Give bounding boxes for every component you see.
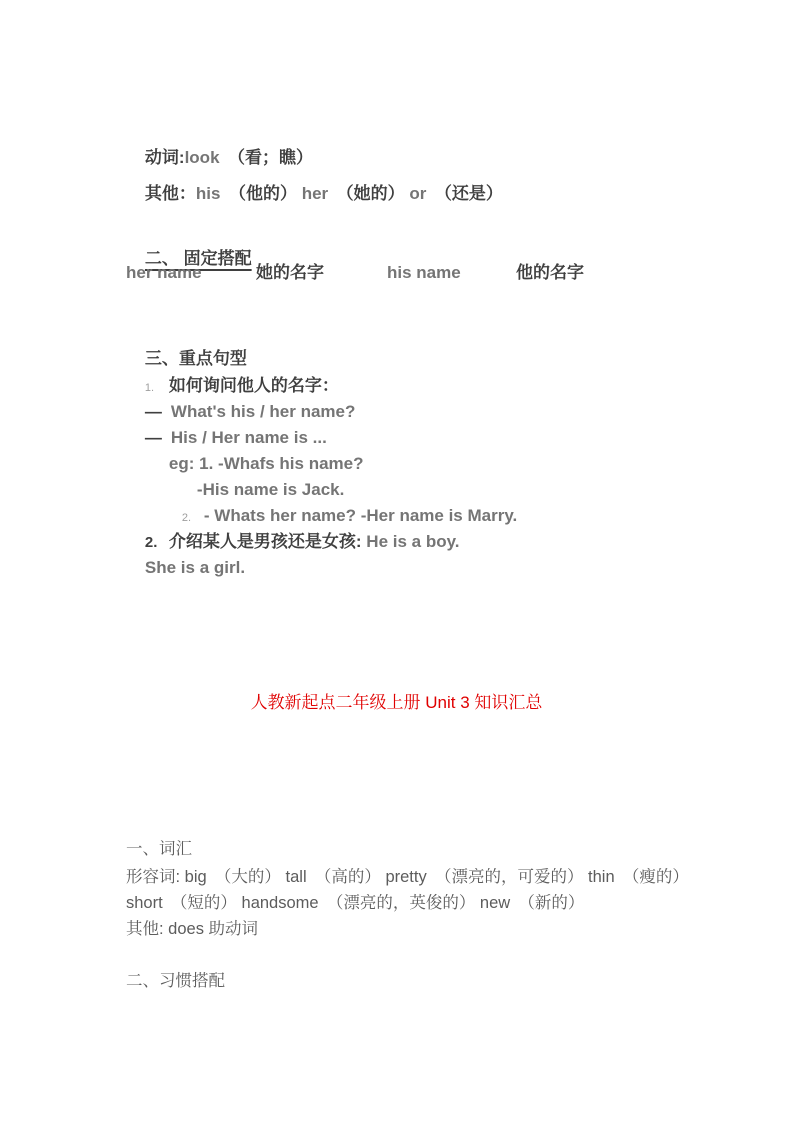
key-point-2-example: He is a boy. [362,532,460,551]
unit3-title: 人教新起点二年级上册 Unit 3 知识汇总 [0,688,793,713]
other-vocab-line: 其他：his （他的） her （她的） or （还是） [126,161,503,227]
word-her: her [297,184,328,203]
unit3-adjective-line-2: short （短的） handsome （漂亮的，英俊的） new （新的） [126,892,584,914]
phrase-his-name-cn: 他的名字 [516,262,584,284]
translation-his: （他的） [220,184,297,203]
word-his: his [196,184,221,203]
key-point-2-continuation: She is a girl. [126,535,245,601]
word-or: or [405,184,427,203]
unit3-vocab-heading: 一、词汇 [126,838,192,860]
document-page: 动词:look （看；瞧） 其他：his （他的） her （她的） or （还… [0,0,793,1122]
phrase-her-name: her name [126,262,202,284]
other-label: 其他： [145,184,196,203]
unit3-habit-heading: 二、习惯搭配 [126,970,225,992]
unit3-other-vocab-line: 其他: does 助动词 [126,918,258,940]
translation-her: （她的） [328,184,405,203]
fixed-phrases-row: her name 她的名字 his name 他的名字 [0,262,793,284]
phrase-his-name: his name [387,262,461,284]
translation-or: （还是） [426,184,503,203]
phrase-her-name-cn: 她的名字 [256,262,324,284]
unit3-adjective-line-1: 形容词: big （大的） tall （高的） pretty （漂亮的，可爱的）… [126,866,689,888]
